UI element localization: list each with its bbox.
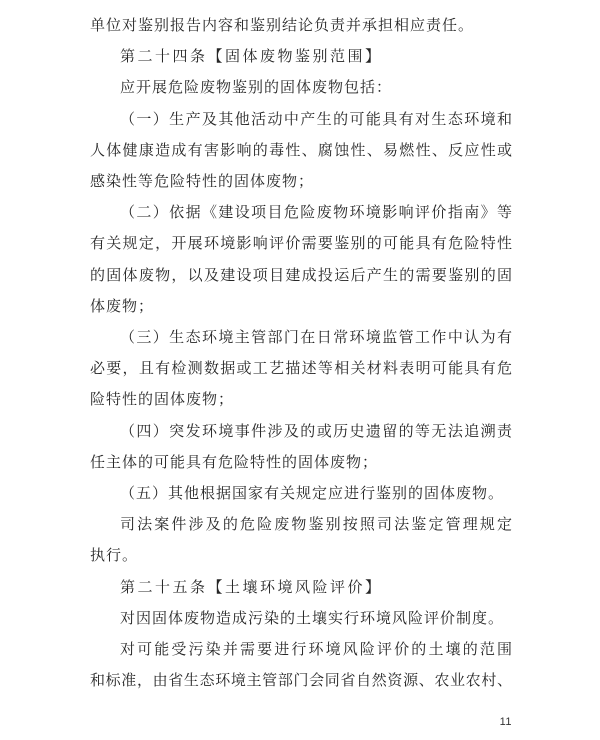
text-line: 司法案件涉及的危险废物鉴别按照司法鉴定管理规定 — [90, 510, 512, 541]
text-line: 人体健康造成有害影响的毒性、腐蚀性、易燃性、反应性或 — [90, 136, 512, 167]
text-line: 任主体的可能具有危险特性的固体废物； — [90, 448, 512, 479]
page-number: 11 — [452, 716, 512, 728]
text-line: 单位对鉴别报告内容和鉴别结论负责并承担相应责任。 — [90, 11, 512, 42]
article-heading: 第二十四条【固体废物鉴别范围】 — [90, 42, 512, 73]
text-line: 险特性的固体废物； — [90, 385, 512, 416]
text-line: 必要，且有检测数据或工艺描述等相关材料表明可能具有危 — [90, 354, 512, 385]
document-body: 单位对鉴别报告内容和鉴别结论负责并承担相应责任。 第二十四条【固体废物鉴别范围】… — [90, 11, 512, 697]
text-line: （一）生产及其他活动中产生的可能具有对生态环境和 — [90, 105, 512, 136]
text-line: 对可能受污染并需要进行环境风险评价的土壤的范围 — [90, 635, 512, 666]
text-line: 体废物； — [90, 292, 512, 323]
text-line: 感染性等危险特性的固体废物； — [90, 167, 512, 198]
text-line: 有关规定，开展环境影响评价需要鉴别的可能具有危险特性 — [90, 229, 512, 260]
document-page: 单位对鉴别报告内容和鉴别结论负责并承担相应责任。 第二十四条【固体废物鉴别范围】… — [0, 0, 600, 740]
text-line: （二）依据《建设项目危险废物环境影响评价指南》等 — [90, 198, 512, 229]
article-heading: 第二十五条【土壤环境风险评价】 — [90, 573, 512, 604]
text-line: 对因固体废物造成污染的土壤实行环境风险评价制度。 — [90, 604, 512, 635]
text-line: （三）生态环境主管部门在日常环境监管工作中认为有 — [90, 323, 512, 354]
text-line: 应开展危险废物鉴别的固体废物包括： — [90, 73, 512, 104]
text-line: 执行。 — [90, 541, 512, 572]
text-line: （五）其他根据国家有关规定应进行鉴别的固体废物。 — [90, 479, 512, 510]
text-line: 和标准，由省生态环境主管部门会同省自然资源、农业农村、 — [90, 666, 512, 697]
text-line: （四）突发环境事件涉及的或历史遗留的等无法追溯责 — [90, 417, 512, 448]
text-line: 的固体废物，以及建设项目建成投运后产生的需要鉴别的固 — [90, 261, 512, 292]
